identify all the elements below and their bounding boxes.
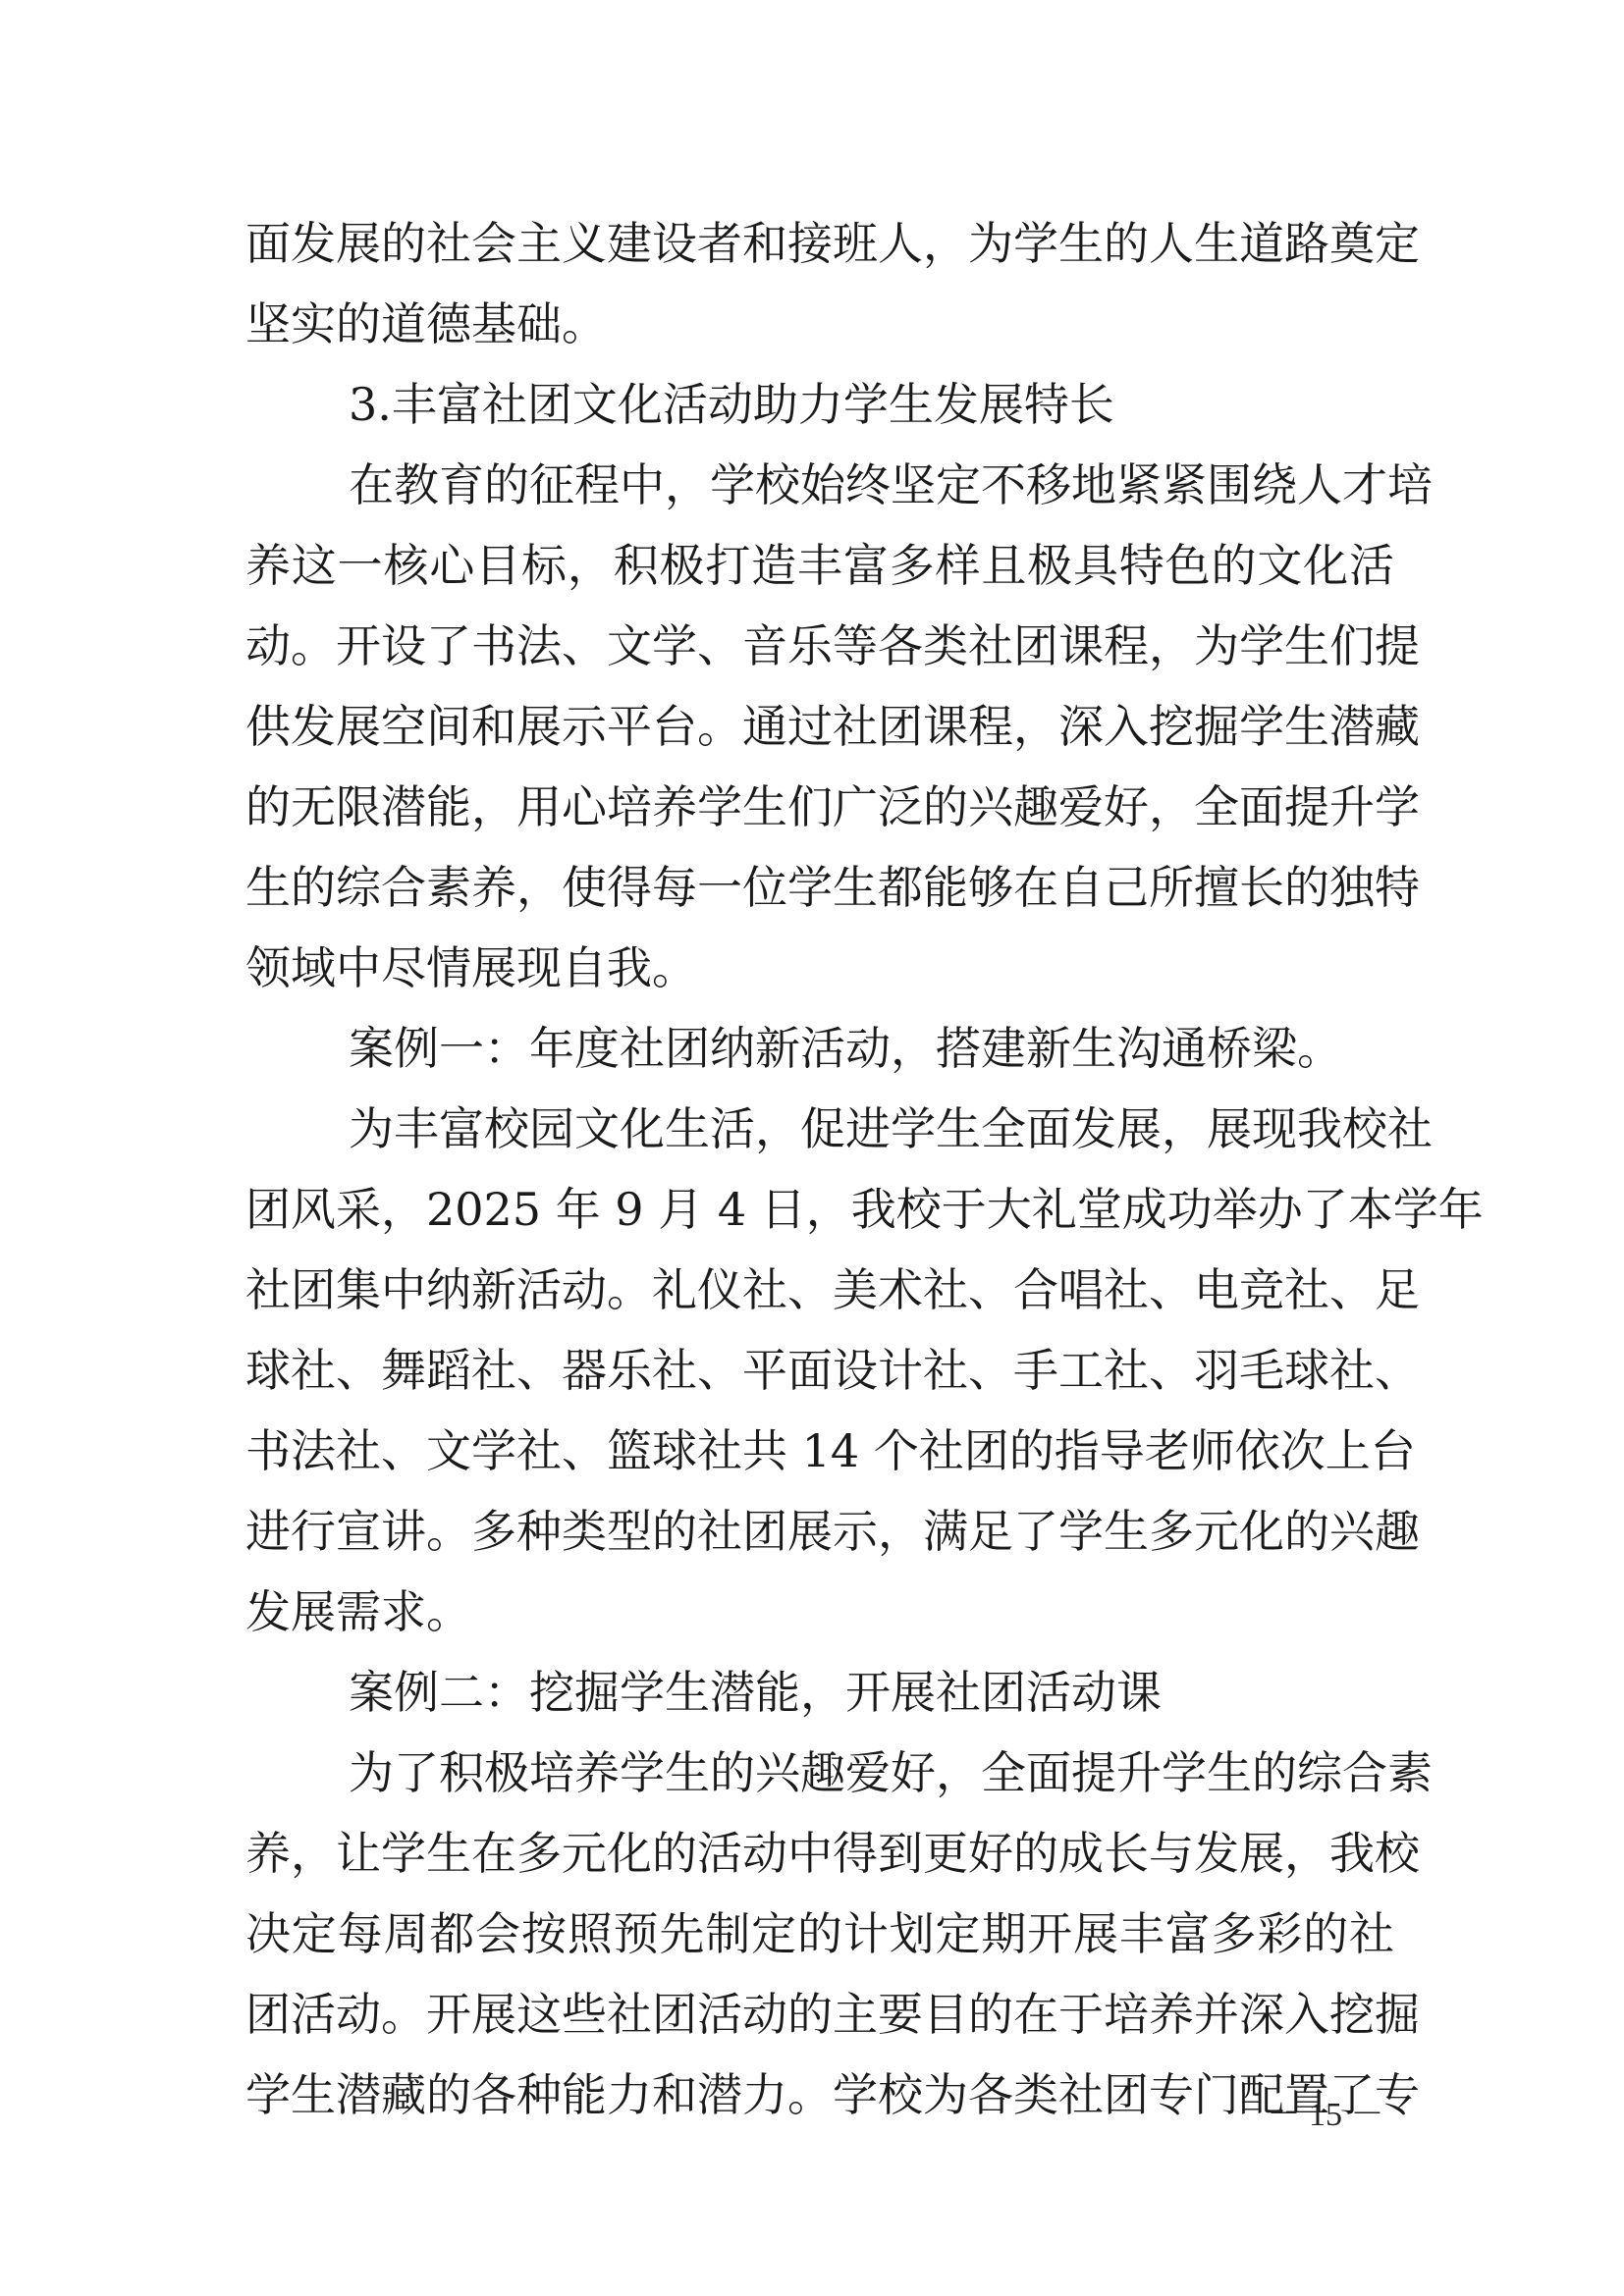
text-line: 养，让学生在多元化的活动中得到更好的成长与发展，我校 xyxy=(245,1819,1394,1888)
text-line: 团活动。开展这些社团活动的主要目的在于培养并深入挖掘 xyxy=(245,1980,1394,2049)
text-line: 的无限潜能，用心培养学生们广泛的兴趣爱好，全面提升学 xyxy=(245,773,1394,841)
text-line: 决定每周都会按照预先制定的计划定期开展丰富多彩的社 xyxy=(245,1899,1394,1968)
text-line: 社团集中纳新活动。礼仪社、美术社、合唱社、电竞社、足 xyxy=(245,1255,1394,1324)
text-line: 团风采，2025 年 9 月 4 日，我校于大礼堂成功举办了本学年 xyxy=(245,1175,1394,1244)
text-line: 供发展空间和展示平台。通过社团课程，深入挖掘学生潜藏 xyxy=(245,692,1394,761)
paragraph-first-line: 为了积极培养学生的兴趣爱好，全面提升学生的综合素 xyxy=(349,1738,1394,1807)
paragraph-first-line: 在教育的征程中，学校始终坚定不移地紧紧围绕人才培 xyxy=(349,451,1394,519)
text-line: 学生潜藏的各种能力和潜力。学校为各类社团专门配置了专 xyxy=(245,2060,1394,2129)
text-line: 生的综合素养，使得每一位学生都能够在自己所擅长的独特 xyxy=(245,853,1394,922)
paragraph-first-line: 为丰富校园文化生活，促进学生全面发展，展现我校社 xyxy=(349,1095,1394,1163)
text-line: 发展需求。 xyxy=(245,1577,1394,1646)
paragraph-first-line: 3.丰富社团文化活动助力学生发展特长 xyxy=(349,370,1394,439)
paragraph-first-line: 案例二：挖掘学生潜能，开展社团活动课 xyxy=(349,1658,1394,1727)
text-line: 进行宣讲。多种类型的社团展示，满足了学生多元化的兴趣 xyxy=(245,1497,1394,1566)
text-line: 领域中尽情展现自我。 xyxy=(245,934,1394,1002)
text-line: 面发展的社会主义建设者和接班人，为学生的人生道路奠定 xyxy=(245,209,1394,278)
paragraph-first-line: 案例一：年度社团纳新活动，搭建新生沟通桥梁。 xyxy=(349,1014,1394,1083)
text-line: 书法社、文学社、篮球社共 14 个社团的指导老师依次上台 xyxy=(245,1416,1394,1485)
page-number: － 15 － xyxy=(1257,2091,1394,2140)
text-line: 养这一核心目标，积极打造丰富多样且极具特色的文化活 xyxy=(245,531,1394,600)
text-line: 动。开设了书法、文学、音乐等各类社团课程，为学生们提 xyxy=(245,612,1394,680)
text-line: 球社、舞蹈社、器乐社、平面设计社、手工社、羽毛球社、 xyxy=(245,1336,1394,1405)
text-line: 坚实的道德基础。 xyxy=(245,290,1394,358)
document-page: 面发展的社会主义建设者和接班人，为学生的人生道路奠定坚实的道德基础。3.丰富社团… xyxy=(0,0,1624,2296)
